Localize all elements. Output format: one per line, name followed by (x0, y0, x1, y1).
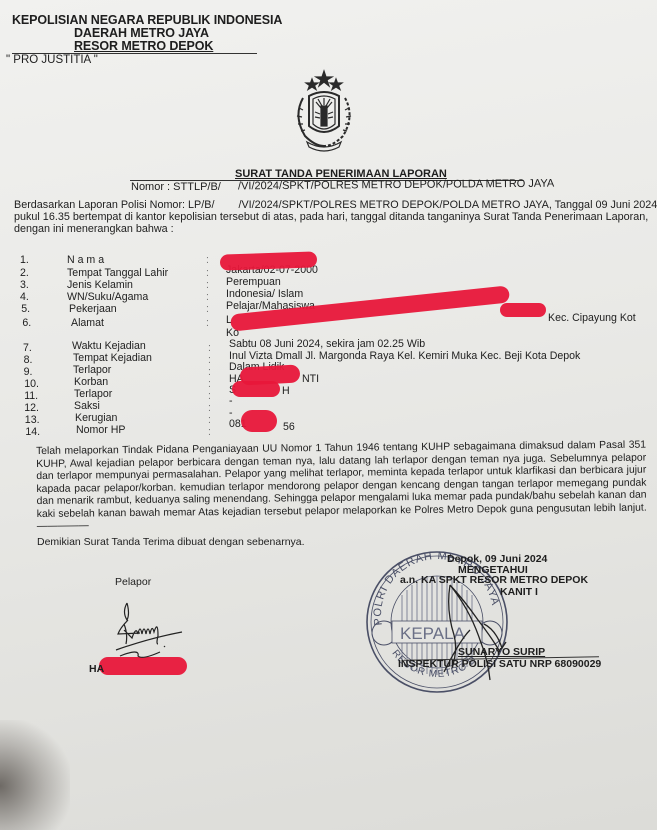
field-label: Tempat Kejadian (73, 352, 152, 364)
field-value: - (229, 407, 233, 419)
field-number: 7. (23, 342, 32, 354)
field-label: Jenis Kelamin (67, 279, 133, 291)
intro-line-1: Berdasarkan Laporan Polisi Nomor: LP/B/ … (14, 199, 644, 211)
redaction-reported (232, 381, 280, 397)
field-number: 11. (24, 390, 38, 402)
reporter-signature (110, 598, 195, 663)
redaction-name (220, 251, 317, 270)
field-number: 4. (20, 291, 29, 303)
finger-shadow (0, 720, 70, 830)
officer-rank-nrp: INSPEKTUR POLISI SATU NRP 68090029 (398, 658, 601, 670)
document-number-suffix: /VI/2024/SPKT/POLRES METRO DEPOK/POLDA M… (238, 178, 554, 193)
field-colon: : (208, 390, 211, 402)
field-label: N a m a (67, 254, 104, 266)
redaction-phone (241, 410, 277, 432)
field-number: 14. (25, 426, 40, 438)
intro-paragraph: Berdasarkan Laporan Polisi Nomor: LP/B/ … (14, 199, 644, 235)
field-value: Sabtu 08 Juni 2024, sekira jam 02.25 Wib (229, 338, 425, 350)
field-value: Inul Vizta Dmall Jl. Margonda Raya Kel. … (229, 350, 580, 362)
field-value-tail: H (282, 385, 290, 397)
field-colon: : (206, 303, 209, 315)
closing-statement: Demikian Surat Tanda Terima dibuat denga… (37, 536, 305, 548)
officer-name: SUNARYO SURIP (458, 646, 545, 658)
narrative-paragraph: Telah melaporkan Tindak Pidana Penganiay… (36, 440, 647, 534)
field-number: 10. (24, 378, 39, 390)
field-colon: : (208, 426, 211, 438)
field-number: 9. (24, 366, 33, 378)
field-label: Korban (74, 376, 108, 388)
field-label: Nomor HP (76, 424, 125, 436)
field-label: Waktu Kejadian (72, 340, 146, 352)
header-region: DAERAH METRO JAYA (74, 26, 209, 40)
header-unit: RESOR METRO DEPOK (74, 39, 213, 53)
field-value-tail: NTI (302, 373, 319, 385)
pro-justitia-label: " PRO JUSTITIA " (6, 54, 98, 66)
field-label: Alamat (71, 317, 104, 329)
field-colon: : (208, 402, 211, 414)
field-label: Terlapor (74, 388, 112, 400)
field-value-tail: Kec. Cipayung Kot (548, 312, 636, 324)
field-value-tail: 56 (283, 421, 295, 433)
field-colon: : (206, 291, 209, 303)
reporter-name: HA (89, 663, 104, 675)
field-label: WN/Suku/Agama (67, 291, 148, 303)
field-colon: : (206, 279, 209, 291)
police-emblem-icon (285, 68, 363, 156)
redaction-address-2 (500, 303, 546, 317)
field-number: 5. (21, 303, 30, 315)
field-label: Saksi (74, 400, 100, 412)
field-label: Kerugian (75, 412, 117, 424)
document-number-prefix: Nomor : STTLP/B/ (131, 181, 221, 193)
header-institution: KEPOLISIAN NEGARA REPUBLIK INDONESIA (12, 13, 282, 27)
field-colon: : (208, 354, 211, 366)
field-colon: : (208, 414, 211, 426)
field-number: 13. (25, 414, 40, 426)
field-value: - (229, 395, 233, 407)
field-colon: : (208, 342, 211, 354)
field-number: 12. (24, 402, 39, 414)
field-colon: : (206, 254, 209, 266)
field-label: Terlapor (73, 364, 111, 376)
field-value: Indonesia/ Islam (226, 288, 303, 300)
field-label: Tempat Tanggal Lahir (67, 267, 168, 279)
field-colon: : (208, 378, 211, 390)
field-colon: : (206, 267, 209, 279)
field-number: 2. (20, 267, 29, 279)
field-colon: : (208, 366, 211, 378)
reporter-label: Pelapor (115, 576, 151, 588)
field-label: Pekerjaan (69, 303, 117, 315)
intro-line-3: dengan ini menerangkan bahwa : (14, 223, 644, 235)
field-number: 3. (20, 279, 29, 291)
field-colon: : (206, 317, 209, 329)
field-number: 6. (22, 317, 31, 329)
field-number: 8. (24, 354, 33, 366)
field-number: 1. (20, 254, 29, 266)
field-value: Perempuan (226, 276, 281, 288)
intro-line-2: pukul 16.35 bertempat di kantor kepolisi… (14, 211, 644, 223)
